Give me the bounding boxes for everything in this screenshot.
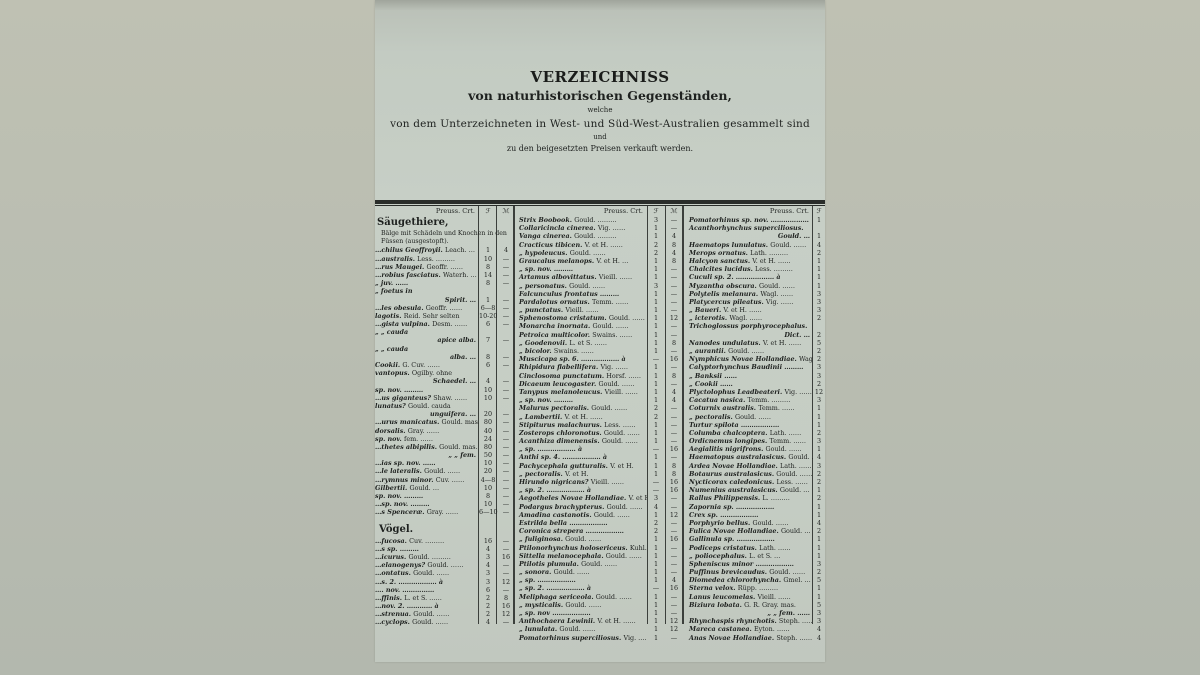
species-name: „ fuliginosa. Gould. …… <box>513 535 647 543</box>
species-label: „ „ fem. …… <box>767 609 810 617</box>
species-name: lunatus? Gould. cauda <box>375 402 479 410</box>
price-list-row: Plyctolophus Leadbeateri. Vig. ……12 <box>683 388 825 396</box>
species-name: Collaricincla cinerea. Vig. …… <box>513 224 647 232</box>
species-label: Zosterops chloronotus. <box>519 429 602 437</box>
species-name: „ hypoleucus. Gould. …… <box>513 249 647 257</box>
price-thaler: 1 <box>647 339 665 347</box>
species-label: …rymnus minor. <box>375 476 433 484</box>
price-thaler: 14 <box>479 271 497 279</box>
section-note: Füssen (ausgestopft). <box>375 238 515 246</box>
species-name: Acanthiza dimenensis. Gould. …… <box>513 437 647 445</box>
price-list-row: …gista vulpina. Desm. ……6— <box>375 320 515 328</box>
species-label: Fulica Novae Hollandiae. <box>689 527 779 535</box>
price-list-row: Merops ornatus. Lath. ………2 <box>683 249 825 257</box>
price-thaler: 1 <box>647 535 665 543</box>
species-label: Botaurus australasicus. <box>689 470 774 478</box>
price-thaler: 1 <box>647 363 665 371</box>
price-groschen: 16 <box>665 535 683 543</box>
species-name: Platycercus pileatus. Vig. …… <box>683 298 813 306</box>
price-groschen: — <box>665 282 683 290</box>
price-list-row: „ Cookii …… 2 <box>683 380 825 388</box>
species-authority: Temm. …… <box>770 437 807 445</box>
species-authority: Gould. mas. <box>442 418 479 426</box>
species-authority: Vig. …… <box>784 388 811 396</box>
species-name: Ptilotis plumula. Gould. …… <box>513 560 647 568</box>
price-thaler: 2 <box>813 347 825 355</box>
species-name: „ Cookii …… <box>683 380 813 388</box>
price-thaler: 4 <box>647 503 665 511</box>
price-thaler: 2 <box>647 413 665 421</box>
price-thaler: 1 <box>813 282 825 290</box>
species-label: Anas Novae Hollandiae. <box>689 634 774 642</box>
price-list-row: „ Baueri. V. et H. ……3 <box>683 306 825 314</box>
price-groschen: 8 <box>665 462 683 470</box>
price-list-row: „ Goodenovii. L. et S. ……18 <box>513 339 683 347</box>
price-thaler: 4 <box>479 545 497 553</box>
species-name: Myzantha obscura. Gould. …… <box>683 282 813 290</box>
price-list-row: Fulica Novae Hollandiae. Gould. …2 <box>683 527 825 535</box>
price-thaler: 1 <box>813 503 825 511</box>
price-list-row: …thetes albipilis. Gould. mas.80— <box>375 443 515 451</box>
price-list-row: …urus manicatus. Gould. mas.80— <box>375 418 515 426</box>
species-label: „ sp. 2. ……………… à <box>519 486 591 494</box>
species-authority: Gould. …… <box>609 314 645 322</box>
species-name: „ sonora. Gould. …… <box>513 568 647 576</box>
species-name: Numenius australasicus. Gould. … <box>683 486 813 494</box>
price-thaler: 3 <box>813 609 825 617</box>
price-groschen: 16 <box>665 584 683 592</box>
species-label: Muscicapa sp. 6. ……………… à <box>519 355 626 363</box>
price-thaler: 1 <box>647 437 665 445</box>
price-thaler: 1 <box>647 273 665 281</box>
species-label: vantopus. <box>375 369 410 377</box>
column-header: Preuss. Crt.ℱℳ <box>375 206 515 216</box>
price-groschen: — <box>665 453 683 461</box>
species-authority: Swains. …… <box>592 331 632 339</box>
price-list-row: sp. nov. fem. ……24— <box>375 435 515 443</box>
price-list-row: Zapornia sp. ……………… 1 <box>683 503 825 511</box>
price-list-row: …elanogenys? Gould. ……4— <box>375 561 515 569</box>
species-name: Rallus Philippensis. L. ……… <box>683 494 813 502</box>
species-name: Turtur spilota ……………… <box>683 421 813 429</box>
species-authority: Gould. …… <box>596 593 632 601</box>
price-thaler: 1 <box>647 224 665 232</box>
species-authority: Gould. …… <box>607 503 643 511</box>
price-thaler: 4 <box>813 453 825 461</box>
price-list-row: …sp. nov. ……… 10— <box>375 500 515 508</box>
column-header: Preuss. Crt.ℱℳ <box>683 206 825 216</box>
price-groschen: 4 <box>665 388 683 396</box>
price-thaler: 2 <box>813 568 825 576</box>
price-list-row: Rhynchaspis rhynchotis. Steph. ……3 <box>683 617 825 625</box>
price-list-row: „ mysticalis. Gould. ……1— <box>513 601 683 609</box>
species-name: Lanus leucomelas. Vieill. …… <box>683 593 813 601</box>
species-label: Puffinus brevicaudus. <box>689 568 767 576</box>
species-authority: Gould. …… <box>427 561 463 569</box>
price-thaler: 1 <box>647 470 665 478</box>
price-list-row: „ sp. nov. ……… 14 <box>513 396 683 404</box>
price-list-row: Porphyrio bellus. Gould. ……4 <box>683 519 825 527</box>
price-thaler: 80 <box>479 418 497 426</box>
price-thaler: 3 <box>479 578 497 586</box>
price-groschen: — <box>665 265 683 273</box>
species-name: „ „ fem. …… <box>683 609 813 617</box>
price-list-row: „ sp. nov ……………… 1— <box>513 609 683 617</box>
species-label: Haematopus australasicus. <box>689 453 786 461</box>
price-groschen: 4 <box>665 396 683 404</box>
price-list-row: Artamus albovittatus. Vieill. ……1— <box>513 273 683 281</box>
species-name: Aegialitis nigrifrons. Gould. …… <box>683 445 813 453</box>
currency-header: Preuss. Crt. <box>683 207 813 215</box>
price-list-row: Podargus brachypterus. Gould. ……4— <box>513 503 683 511</box>
species-authority: V. et H. …… <box>752 257 790 265</box>
price-groschen: 12 <box>665 617 683 625</box>
species-name: …le lateralis. Gould. …… <box>375 467 479 475</box>
price-thaler: 1 <box>813 216 825 224</box>
species-label: …elanogenys? <box>375 561 425 569</box>
species-authority: Vig. …… <box>601 363 628 371</box>
price-list-row: Aegotheles Novae Hollandiae. V. et H.3— <box>513 494 683 502</box>
price-list-row: Dicaeum leucogaster. Gould. ……1— <box>513 380 683 388</box>
price-thaler: 1 <box>813 593 825 601</box>
species-name: Haematopus australasicus. Gould. … <box>683 453 813 461</box>
species-authority: Vieill. …… <box>565 306 598 314</box>
price-thaler: 2 <box>647 404 665 412</box>
species-name: Anas Novae Hollandiae. Steph. …… <box>683 634 813 642</box>
price-thaler <box>479 345 497 353</box>
species-name: Rhynchaspis rhynchotis. Steph. …… <box>683 617 813 625</box>
species-label: …urus manicatus. <box>375 418 439 426</box>
price-thaler: 6—10 <box>479 508 497 516</box>
price-thaler: — <box>647 486 665 494</box>
species-label: unguifera. … <box>430 410 476 418</box>
species-authority: Gould. …… <box>776 470 812 478</box>
species-name: „ sp. 2. ……………… à <box>513 584 647 592</box>
price-groschen: — <box>665 331 683 339</box>
price-thaler: 4 <box>813 634 825 642</box>
species-name: Ordicnemus longipes. Temm. …… <box>683 437 813 445</box>
species-name: Nycticorax caledonicus. Less. …… <box>683 478 813 486</box>
species-label: Numenius australasicus. <box>689 486 778 494</box>
price-list-row: …rymnus minor. Cuv. ……4—8— <box>375 476 515 484</box>
price-list-row: Pomatorhinus superciliosus. Vig. ……1— <box>513 634 683 642</box>
species-name: …urus manicatus. Gould. mas. <box>375 418 479 426</box>
price-thaler: 3 <box>647 216 665 224</box>
header-line-und: und <box>375 133 825 141</box>
price-list-row: …robius fasciatus. Waterh. …14— <box>375 271 515 279</box>
species-name: …icurus. Gould. ……… <box>375 553 479 561</box>
price-thaler: 2 <box>647 527 665 535</box>
species-name: alba. … <box>375 353 479 361</box>
species-label: Anthochaera Lewinii. <box>519 617 595 625</box>
document-header: VERZEICHNISS von naturhistorischen Gegen… <box>375 60 825 153</box>
species-label: Podiceps cristatus. <box>689 544 757 552</box>
species-label: …les obesula. <box>375 304 424 312</box>
price-list-row: …australis. Less. ………10— <box>375 255 515 263</box>
species-authority: Gould. …… <box>559 625 595 633</box>
price-list-row: Pardalotus ornatus. Temm. ……1— <box>513 298 683 306</box>
price-groschen: — <box>665 437 683 445</box>
species-name: Amadina castanotis. Gould. …… <box>513 511 647 519</box>
price-thaler: 1 <box>647 429 665 437</box>
species-label: lunatus? <box>375 402 406 410</box>
species-label: Turtur spilota ……………… <box>689 421 779 429</box>
price-thaler: 1 <box>647 314 665 322</box>
price-thaler: 6 <box>479 320 497 328</box>
species-name: Porphyrio bellus. Gould. …… <box>683 519 813 527</box>
species-authority: Gould. …… <box>554 568 590 576</box>
price-list-row: alba. … 8— <box>375 353 515 361</box>
price-list-row: Ptilotis plumula. Gould. ……1— <box>513 560 683 568</box>
species-authority: V. et H. <box>610 462 634 470</box>
species-name: Fulica Novae Hollandiae. Gould. … <box>683 527 813 535</box>
species-label: Gallinula sp. ……………… <box>689 535 775 543</box>
species-label: Cracticus tibicen. <box>519 241 582 249</box>
unit-header-b: ℳ <box>665 207 683 215</box>
price-groschen: — <box>665 306 683 314</box>
price-thaler: 1 <box>647 625 665 633</box>
price-list-row: Malurus pectoralis. Gould. ……2— <box>513 404 683 412</box>
species-label: Sterna velox. <box>689 584 736 592</box>
price-list-row: Polytelis melanura. Wagl. ……3 <box>683 290 825 298</box>
price-list-row: Graucalus melanops. V. et H. …18 <box>513 257 683 265</box>
price-list-row: sp. nov. ……… 10— <box>375 386 515 394</box>
price-list-row: …. nov. …………… 6— <box>375 586 515 594</box>
price-thaler: 1 <box>813 413 825 421</box>
price-list-row: apice alba. 7— <box>375 336 515 344</box>
species-name: „ personatus. Gould. …… <box>513 282 647 290</box>
species-name: sp. nov. ……… <box>375 386 479 394</box>
price-list-row: „ icterotis. Wagl. ……2 <box>683 314 825 322</box>
price-groschen: — <box>665 429 683 437</box>
species-authority: Vieill. …… <box>591 478 624 486</box>
price-thaler: 1 <box>647 552 665 560</box>
species-authority: Cuv. …… <box>436 476 465 484</box>
species-label: Polytelis melanura. <box>689 290 758 298</box>
species-label: „ sp. nov. ……… <box>519 265 573 273</box>
species-authority: Gould. …… <box>752 519 788 527</box>
species-name: Pomatorhinus superciliosus. Vig. …… <box>513 634 647 642</box>
species-label: „ sonora. <box>519 568 551 576</box>
price-list-row: Anthi sp. 4. ……………… à 1— <box>513 453 683 461</box>
price-thaler: 6 <box>479 361 497 369</box>
price-thaler: 3 <box>647 282 665 290</box>
species-name: Meliphaga sericeola. Gould. …… <box>513 593 647 601</box>
price-list-row: „ punctatus. Vieill. ……1— <box>513 306 683 314</box>
price-thaler: 12 <box>813 388 825 396</box>
species-name: Strix Boobook. Gould. ……… <box>513 216 647 224</box>
species-label: Haematops lunulatus. <box>689 241 768 249</box>
price-thaler: 40 <box>479 427 497 435</box>
price-groschen: — <box>665 363 683 371</box>
species-authority: Gould. …… <box>728 347 764 355</box>
species-name: Botaurus australasicus. Gould. …… <box>683 470 813 478</box>
price-list-row: Pomatorhinus sp. nov. ……………… 1 <box>683 216 825 224</box>
species-authority: Gould. …… <box>591 404 627 412</box>
species-label: Falcunculus frontatus ……… <box>519 290 619 298</box>
document-title: VERZEICHNISS <box>375 68 825 86</box>
price-list-row: „ sp. ……………… 14 <box>513 576 683 584</box>
price-thaler: 1 <box>647 322 665 330</box>
species-authority: Gould. …… <box>570 249 606 257</box>
price-list-row: Schaedel. … 4— <box>375 377 515 385</box>
price-groschen: 8 <box>665 241 683 249</box>
price-list-row: …chilus Geoffroyii. Leach. …14 <box>375 246 515 254</box>
price-thaler: 1 <box>813 421 825 429</box>
price-list-row: …ias sp. nov. …… 10— <box>375 459 515 467</box>
price-thaler: 2 <box>813 527 825 535</box>
price-groschen: — <box>665 560 683 568</box>
price-thaler: — <box>647 584 665 592</box>
price-thaler: 2 <box>647 241 665 249</box>
price-list-row: …s. 2. ……………… à 312 <box>375 578 515 586</box>
price-thaler: 3 <box>479 569 497 577</box>
price-list-row: Spirit. … 1— <box>375 296 515 304</box>
species-label: Sittella melanocephala. <box>519 552 604 560</box>
price-list-row: Acanthorhynchus superciliosus. <box>683 224 825 232</box>
price-thaler: 1 <box>479 296 497 304</box>
species-label: Porphyrio bellus. <box>689 519 750 527</box>
species-authority: G. Cuv. …… <box>402 361 440 369</box>
price-thaler: — <box>647 478 665 486</box>
price-thaler: 1 <box>647 576 665 584</box>
price-thaler: 20 <box>479 467 497 475</box>
species-label: „ pectoralis. <box>519 470 563 478</box>
species-label: …australis. <box>375 255 415 263</box>
species-name: …ontatus. Gould. …… <box>375 569 479 577</box>
price-list-row: „ aurantii. Gould. ……2 <box>683 347 825 355</box>
price-list-row: Sterna velox. Rüpp. ………1 <box>683 584 825 592</box>
species-name: Hirundo nigricans? Vieill. …… <box>513 478 647 486</box>
species-name: „ sp. nov. ……… <box>513 265 647 273</box>
price-thaler: 80 <box>479 443 497 451</box>
price-thaler: 1 <box>647 257 665 265</box>
species-label: Cacatua nasica. <box>689 396 745 404</box>
price-list-row: Stipiturus malachurus. Less. ……1— <box>513 421 683 429</box>
species-label: Nymphicus Novae Hollandiae. <box>689 355 797 363</box>
species-name: „ bicolor. Swains. …… <box>513 347 647 355</box>
price-list-row: Puffinus brevicaudus. Gould. ……2 <box>683 568 825 576</box>
species-authority: Gray. …… <box>408 427 440 435</box>
price-list-row: Monarcha inornata. Gould. ……1— <box>513 322 683 330</box>
species-label: Ptilotis plumula. <box>519 560 579 568</box>
species-label: Lanus leucomelas. <box>689 593 755 601</box>
species-label: „ „ cauda <box>375 345 408 353</box>
price-thaler: 8 <box>479 279 497 287</box>
price-thaler: 10 <box>479 500 497 508</box>
species-name: …elanogenys? Gould. …… <box>375 561 479 569</box>
species-label: …ias sp. nov. …… <box>375 459 436 467</box>
species-name: Cracticus tibicen. V. et H. …… <box>513 241 647 249</box>
species-label: Graucalus melanops. <box>519 257 594 265</box>
species-label: Meliphaga sericeola. <box>519 593 594 601</box>
price-list-row: Petroica multicolor. Swains. ……1— <box>513 331 683 339</box>
species-authority: Gould. …… <box>581 560 617 568</box>
species-name: Cuculi sp. 2. ……………… à <box>683 273 813 281</box>
species-label: …s Spenceræ. <box>375 508 425 516</box>
price-list-row: Turtur spilota ……………… 1 <box>683 421 825 429</box>
species-label: Ordicnemus longipes. <box>689 437 767 445</box>
species-label: Spheniscus minor ……………… <box>689 560 794 568</box>
species-authority: Gould. … <box>781 527 811 535</box>
species-label: „ sp. 2. ……………… à <box>519 584 591 592</box>
species-name: Spirit. … <box>375 296 479 304</box>
species-label: Zapornia sp. ……………… <box>689 503 774 511</box>
price-thaler: 2 <box>479 594 497 602</box>
price-list-row: „ fuliginosa. Gould. ……116 <box>513 535 683 543</box>
price-thaler <box>479 287 497 295</box>
price-thaler: 50 <box>479 451 497 459</box>
price-list-row: Cacatua nasica. Temm. ………3 <box>683 396 825 404</box>
species-label: sp. nov. ……… <box>375 492 423 500</box>
species-name: „ juv. …… <box>375 279 479 287</box>
species-authority: fem. …… <box>404 435 433 443</box>
price-list-row: Rallus Philippensis. L. ………2 <box>683 494 825 502</box>
species-name: „ „ fem. <box>375 451 479 459</box>
price-thaler: 10 <box>479 386 497 394</box>
price-groschen: — <box>665 404 683 412</box>
price-groschen: — <box>665 609 683 617</box>
species-label: Coturnix australis. <box>689 404 756 412</box>
price-list-row: lagotis. Reid. Sehr selten10-20— <box>375 312 515 320</box>
species-name: „ „ cauda <box>375 328 479 336</box>
species-authority: Gould. …… <box>413 610 449 618</box>
species-label: Rallus Philippensis. <box>689 494 760 502</box>
species-authority: Eyton. …… <box>754 625 790 633</box>
species-authority: Steph. …… <box>779 617 813 625</box>
species-label: „ bicolor. <box>519 347 552 355</box>
price-list-row: „ sp. nov. ……… 1— <box>513 265 683 273</box>
price-thaler: — <box>647 445 665 453</box>
species-name: Artamus albovittatus. Vieill. …… <box>513 273 647 281</box>
price-thaler: 8 <box>479 353 497 361</box>
price-thaler: 4 <box>479 618 497 626</box>
price-groschen: 4 <box>665 249 683 257</box>
species-name: Nanodes undulatus. V. et H. …… <box>683 339 813 347</box>
price-list-row: Nanodes undulatus. V. et H. ……5 <box>683 339 825 347</box>
species-label: Anthi sp. 4. ……………… à <box>519 453 607 461</box>
species-name: Vanga cinerea. Gould. ……… <box>513 232 647 240</box>
price-list-row: Podiceps cristatus. Lath. ……1 <box>683 544 825 552</box>
price-list-row: Aegialitis nigrifrons. Gould. ……1 <box>683 445 825 453</box>
species-authority: Cuv. ……… <box>409 537 444 545</box>
species-label: „ Baueri. <box>689 306 721 314</box>
species-name: unguifera. … <box>375 410 479 418</box>
species-name: …s Spenceræ. Gray. …… <box>375 508 479 516</box>
species-label: „ sp. nov ……………… <box>519 609 591 617</box>
species-label: Mareca castanea. <box>689 625 752 633</box>
species-name: „ Baueri. V. et H. …… <box>683 306 813 314</box>
price-list-row: Nycticorax caledonicus. Less. ……2 <box>683 478 825 486</box>
species-label: …us giganteus? <box>375 394 431 402</box>
price-list-row: „ bicolor. Swains. ……1— <box>513 347 683 355</box>
price-thaler: 3 <box>813 372 825 380</box>
species-name: …cyclops. Gould. …… <box>375 618 479 626</box>
species-label: …. nov. …………… <box>375 586 434 594</box>
species-authority: Leach. … <box>445 246 475 254</box>
species-authority: Gould. …… <box>759 282 795 290</box>
species-name: …rymnus minor. Cuv. …… <box>375 476 479 484</box>
species-label: …rus Maugei. <box>375 263 424 271</box>
price-column-2: Preuss. Crt.ℱℳStrix Boobook. Gould. ………3… <box>513 206 683 642</box>
price-thaler: 1 <box>813 257 825 265</box>
price-list-row: Myzantha obscura. Gould. ……1 <box>683 282 825 290</box>
price-list-row: …les obesula. Geoffr. ……6—8— <box>375 304 515 312</box>
price-thaler: 1 <box>647 593 665 601</box>
price-thaler: 2 <box>813 331 825 339</box>
species-authority: V. et H. …… <box>585 241 623 249</box>
price-thaler: 3 <box>813 306 825 314</box>
